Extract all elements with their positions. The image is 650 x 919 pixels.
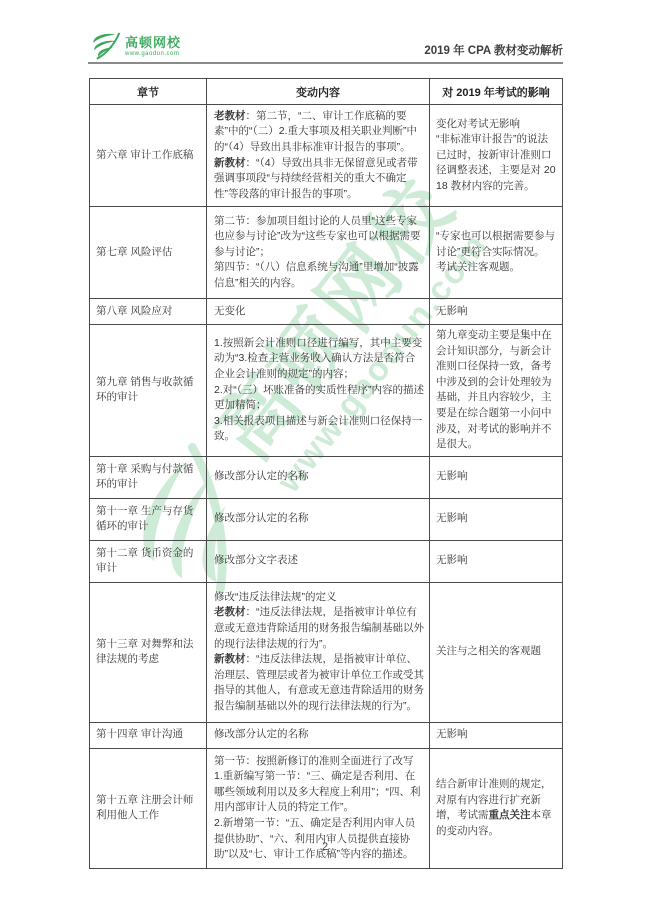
impact-cell: 无影响 — [430, 456, 563, 498]
table-row: 第十四章 审计沟通修改部分认定的名称无影响 — [90, 722, 563, 748]
table-row: 第七章 风险评估第二节：参加项目组讨论的人员里“这些专家也应参与讨论”改为“这些… — [90, 207, 563, 299]
chapter-cell: 第十章 采购与付款循环的审计 — [90, 456, 207, 498]
table-header-row: 章节 变动内容 对 2019 年考试的影响 — [90, 79, 563, 105]
page-header: 高顿网校 www.gaodun.com 2019 年 CPA 教材变动解析 — [88, 24, 563, 64]
table-row: 第十三章 对舞弊和法律法规的考虑修改“违反法律法规”的定义 老教材：“违反法律法… — [90, 582, 563, 722]
table-body: 第六章 审计工作底稿老教材：第二节，“二、审计工作底稿的要素”中的“（二）2.重… — [90, 105, 563, 869]
logo-url-text: www.gaodun.com — [125, 51, 181, 57]
change-cell: 1.按照新会计准则口径进行编写，其中主要变动为“3.检查主营业务收入确认方法是否… — [207, 325, 430, 457]
change-cell: 修改部分文字表述 — [207, 540, 430, 582]
table-row: 第十二章 货币资金的审计修改部分文字表述无影响 — [90, 540, 563, 582]
impact-cell: 第九章变动主要是集中在会计知识部分，与新会计准则口径保持一致，备考中涉及到的会计… — [430, 325, 563, 457]
gaodun-logo: 高顿网校 www.gaodun.com — [88, 32, 181, 62]
table-row: 第十一章 生产与存货循环的审计修改部分认定的名称无影响 — [90, 498, 563, 540]
col-header-chapter: 章节 — [90, 79, 207, 105]
change-cell: 修改部分认定的名称 — [207, 498, 430, 540]
chapter-cell: 第十四章 审计沟通 — [90, 722, 207, 748]
col-header-change: 变动内容 — [207, 79, 430, 105]
impact-cell: 变化对考试无影响 “非标准审计报告”的说法已过时，按新审计准则口径调整表述，主要… — [430, 105, 563, 207]
page-number: 2 — [0, 841, 650, 853]
gaodun-logo-icon — [88, 32, 122, 60]
impact-cell: “专家也可以根据需要参与讨论”更符合实际情况。 考试关注客观题。 — [430, 207, 563, 299]
chapter-cell: 第九章 销售与收款循环的审计 — [90, 325, 207, 457]
document-title: 2019 年 CPA 教材变动解析 — [424, 42, 563, 62]
table-row: 第八章 风险应对无变化无影响 — [90, 299, 563, 325]
logo-text: 高顿网校 www.gaodun.com — [125, 36, 181, 57]
change-cell: 修改“违反法律法规”的定义 老教材：“违反法律法规，是指被审计单位有意或无意违背… — [207, 582, 430, 722]
change-cell: 老教材：第二节，“二、审计工作底稿的要素”中的“（二）2.重大事项及相关职业判断… — [207, 105, 430, 207]
change-table: 章节 变动内容 对 2019 年考试的影响 第六章 审计工作底稿老教材：第二节，… — [89, 78, 563, 869]
change-cell: 无变化 — [207, 299, 430, 325]
impact-cell: 无影响 — [430, 540, 563, 582]
chapter-cell: 第十二章 货币资金的审计 — [90, 540, 207, 582]
chapter-cell: 第八章 风险应对 — [90, 299, 207, 325]
logo-brand-text: 高顿网校 — [125, 36, 181, 49]
col-header-impact: 对 2019 年考试的影响 — [430, 79, 563, 105]
impact-cell: 关注与之相关的客观题 — [430, 582, 563, 722]
table-row: 第九章 销售与收款循环的审计1.按照新会计准则口径进行编写，其中主要变动为“3.… — [90, 325, 563, 457]
chapter-cell: 第十三章 对舞弊和法律法规的考虑 — [90, 582, 207, 722]
table-row: 第六章 审计工作底稿老教材：第二节，“二、审计工作底稿的要素”中的“（二）2.重… — [90, 105, 563, 207]
impact-cell: 无影响 — [430, 498, 563, 540]
change-cell: 修改部分认定的名称 — [207, 456, 430, 498]
change-cell: 第二节：参加项目组讨论的人员里“这些专家也应参与讨论”改为“这些专家也可以根据需… — [207, 207, 430, 299]
change-cell: 修改部分认定的名称 — [207, 722, 430, 748]
chapter-cell: 第十一章 生产与存货循环的审计 — [90, 498, 207, 540]
impact-cell: 无影响 — [430, 722, 563, 748]
chapter-cell: 第六章 审计工作底稿 — [90, 105, 207, 207]
chapter-cell: 第七章 风险评估 — [90, 207, 207, 299]
table-row: 第十章 采购与付款循环的审计修改部分认定的名称无影响 — [90, 456, 563, 498]
document-page: 高顿网校 www.gaodun.com 高顿网校 www.gaodun.com … — [0, 0, 650, 919]
impact-cell: 无影响 — [430, 299, 563, 325]
